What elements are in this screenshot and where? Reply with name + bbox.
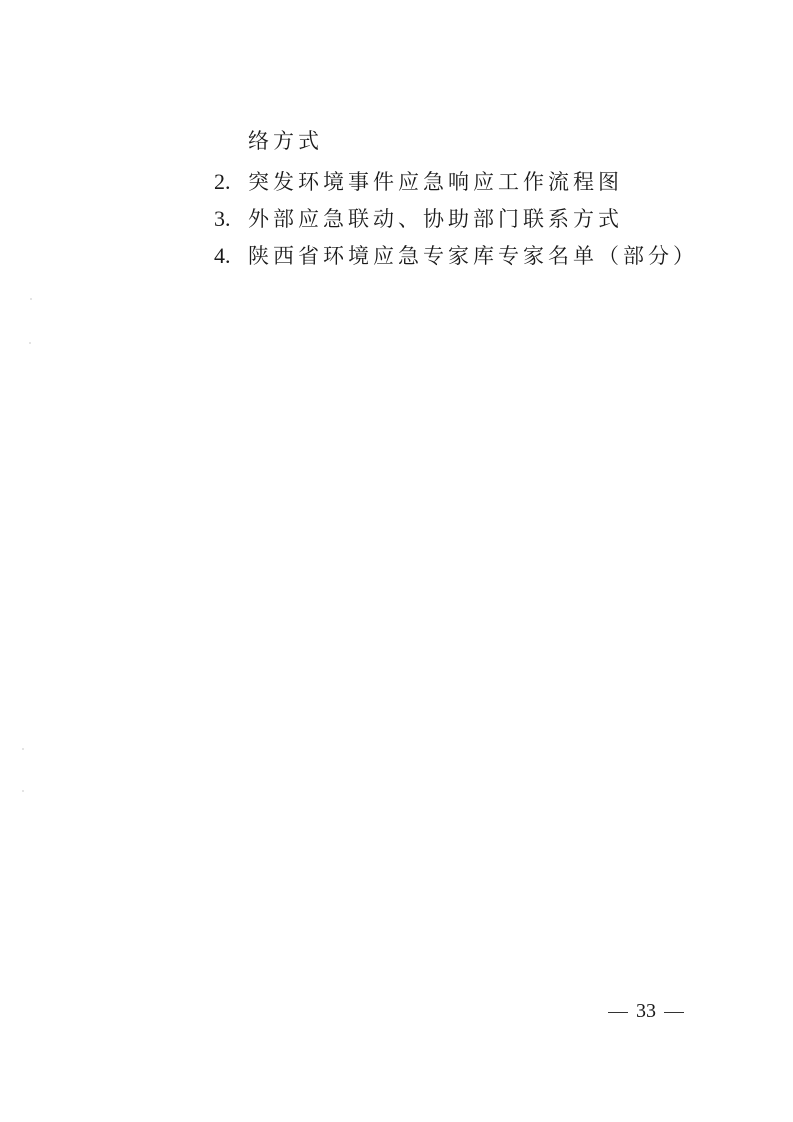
page-number-dash-left: [608, 1012, 628, 1013]
list-item: 4.陕西省环境应急专家库专家名单（部分）: [214, 243, 698, 269]
page-number: 33: [600, 1000, 692, 1023]
page-number-dash-right: [664, 1012, 684, 1013]
list-item-number: 4.: [214, 243, 248, 269]
scan-artifact: [29, 342, 31, 344]
scan-artifact: [30, 298, 32, 300]
list-item: 3.外部应急联动、协助部门联系方式: [214, 206, 623, 232]
list-item-text: 突发环境事件应急响应工作流程图: [248, 170, 623, 194]
list-item-number: 2.: [214, 169, 248, 195]
list-item-continuation-text: 络方式: [248, 129, 323, 153]
scan-artifact: [22, 790, 24, 792]
list-item: 2.突发环境事件应急响应工作流程图: [214, 169, 623, 195]
list-item-continuation: 络方式: [248, 128, 323, 154]
document-page: 络方式 2.突发环境事件应急响应工作流程图 3.外部应急联动、协助部门联系方式 …: [0, 0, 793, 1122]
scan-artifact: [22, 748, 24, 750]
page-number-value: 33: [636, 1000, 656, 1022]
list-item-number: 3.: [214, 206, 248, 232]
list-item-text: 陕西省环境应急专家库专家名单（部分）: [248, 244, 698, 268]
list-item-text: 外部应急联动、协助部门联系方式: [248, 207, 623, 231]
